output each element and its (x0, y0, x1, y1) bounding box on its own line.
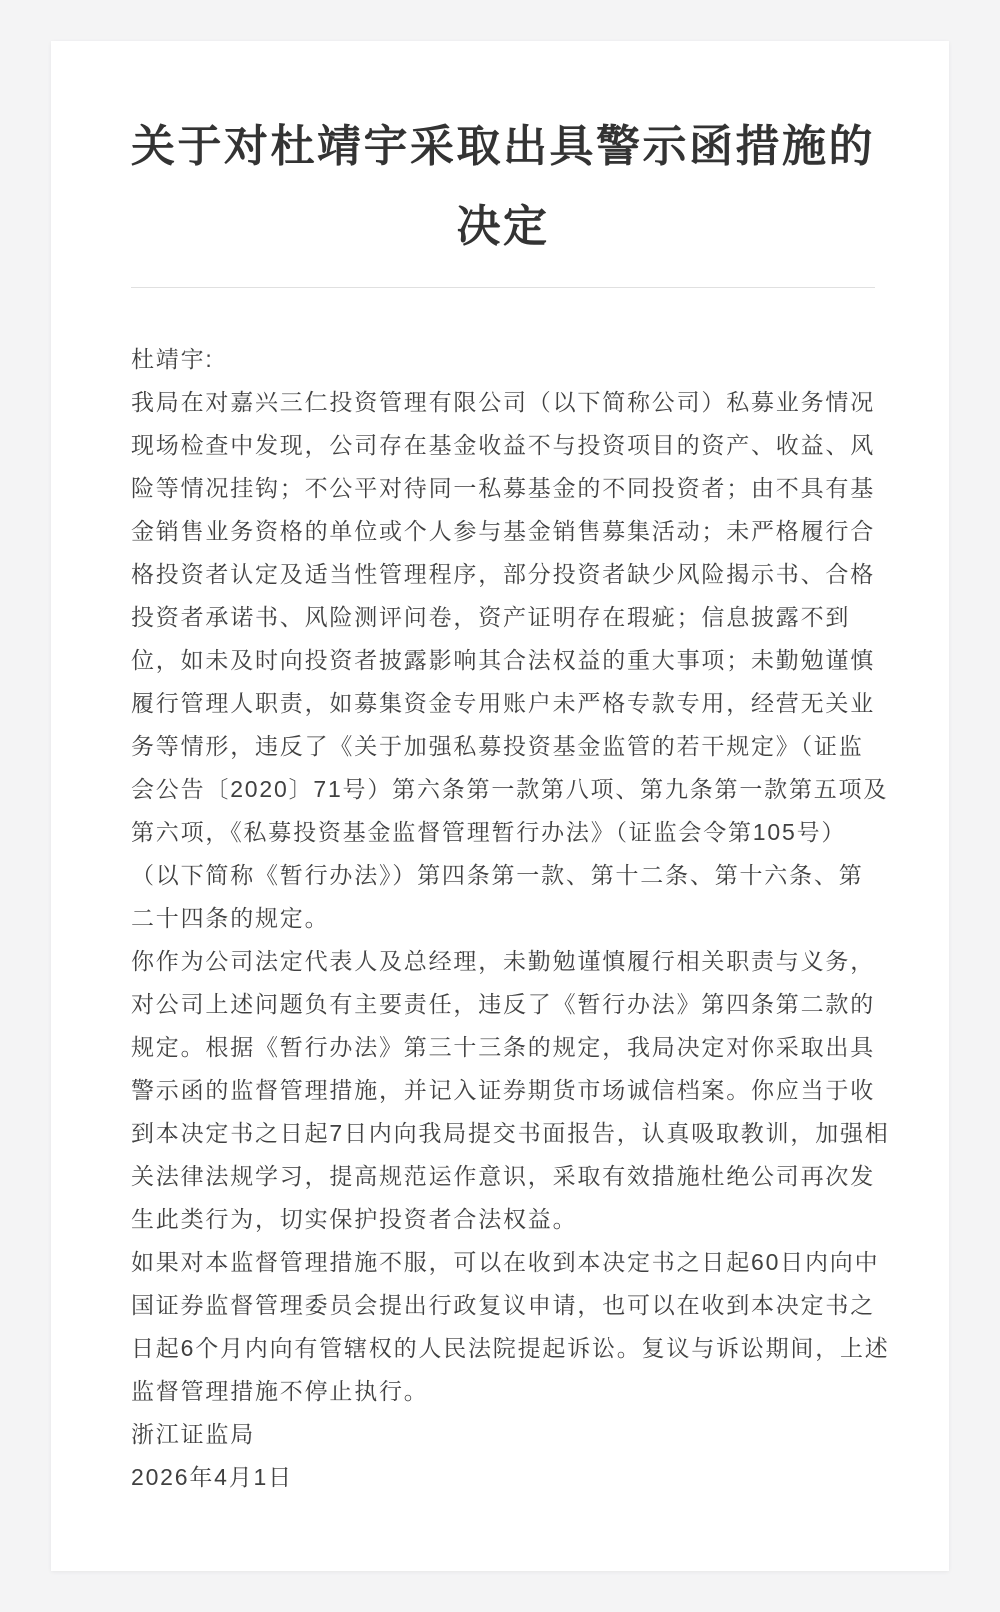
document-card: 关于对杜靖宇采取出具警示函措施的 决定 杜靖宇: 我局在对嘉兴三仁投资管理有限公… (51, 41, 949, 1571)
paragraph-decision: 你作为公司法定代表人及总经理，未勤勉谨慎履行相关职责与义务， 对公司上述问题负有… (131, 940, 875, 1241)
document-title: 关于对杜靖宇采取出具警示函措施的 决定 (131, 107, 875, 267)
page-background: 关于对杜靖宇采取出具警示函措施的 决定 杜靖宇: 我局在对嘉兴三仁投资管理有限公… (0, 0, 1000, 1612)
salutation: 杜靖宇: (131, 338, 875, 381)
signature-org: 浙江证监局 (131, 1413, 875, 1456)
paragraph-appeal-rights: 如果对本监督管理措施不服，可以在收到本决定书之日起60日内向中 国证券监督管理委… (131, 1241, 875, 1413)
document-body: 杜靖宇: 我局在对嘉兴三仁投资管理有限公司（以下简称公司）私募业务情况 现场检查… (131, 338, 875, 1499)
title-divider (131, 287, 875, 288)
signature-date: 2026年4月1日 (131, 1456, 875, 1499)
paragraph-findings: 我局在对嘉兴三仁投资管理有限公司（以下简称公司）私募业务情况 现场检查中发现，公… (131, 381, 875, 940)
